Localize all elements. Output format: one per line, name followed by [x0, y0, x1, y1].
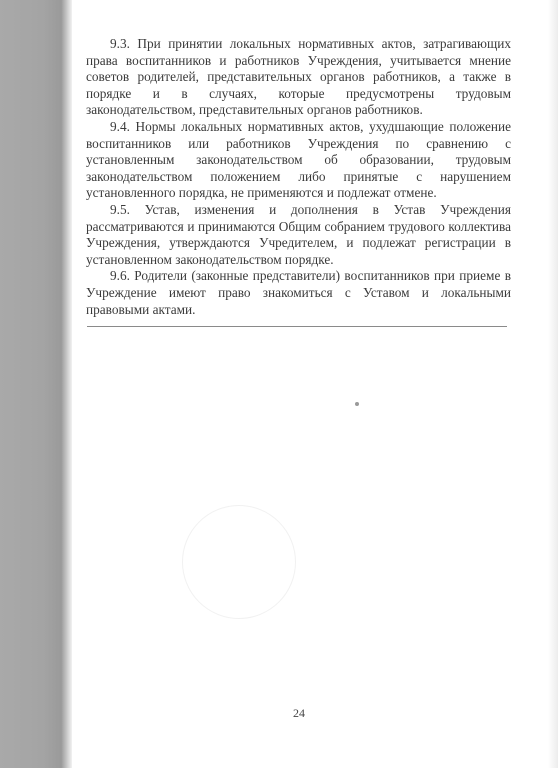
scan-binding-edge	[0, 0, 72, 768]
scan-speck	[355, 402, 359, 406]
faint-stamp-imprint	[182, 505, 296, 619]
document-body: 9.3. При принятии локальных нормативных …	[86, 36, 511, 318]
paragraph-9-6: 9.6. Родители (законные представители) в…	[86, 268, 511, 318]
paragraph-9-3: 9.3. При принятии локальных нормативных …	[86, 36, 511, 119]
paragraph-9-5: 9.5. Устав, изменения и дополнения в Уст…	[86, 202, 511, 268]
horizontal-rule	[87, 326, 507, 327]
scan-right-edge	[548, 0, 558, 768]
paragraph-9-4: 9.4. Нормы локальных нормативных актов, …	[86, 119, 511, 202]
page-number: 24	[293, 706, 305, 721]
